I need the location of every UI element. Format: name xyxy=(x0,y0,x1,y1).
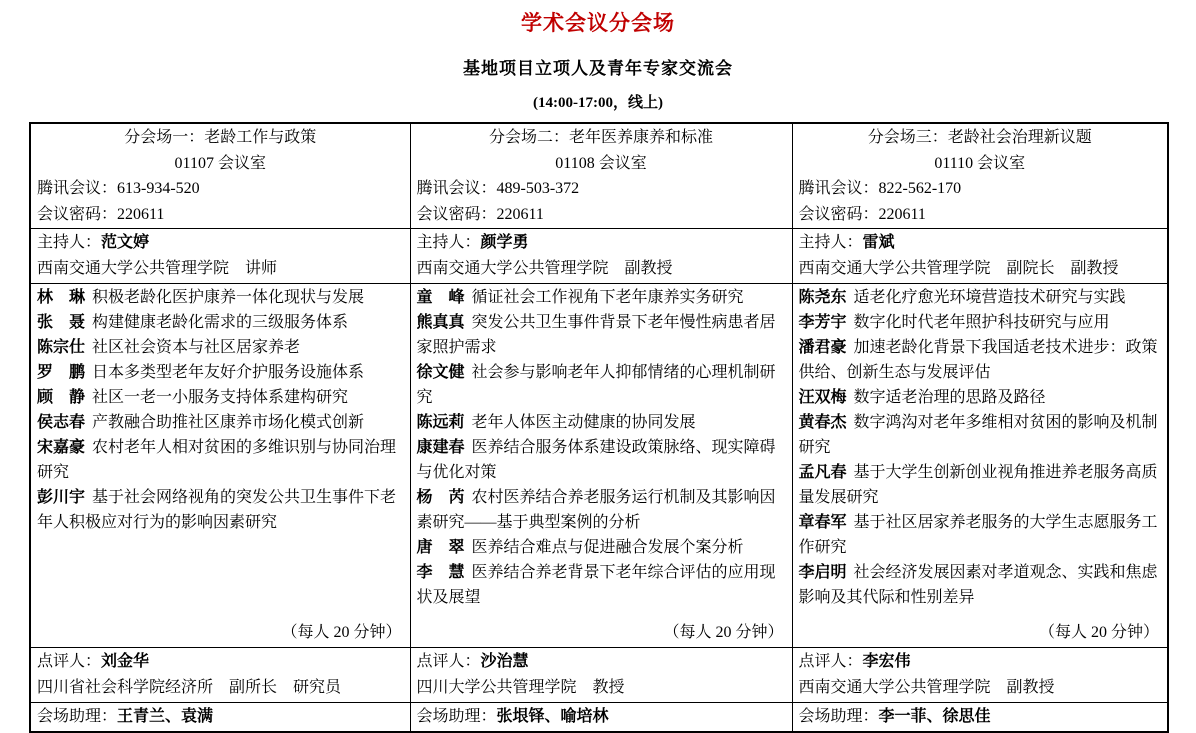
presentation-topic: 老年人体医主动健康的协同发展 xyxy=(472,414,696,431)
presentation-item: 李 慧医养结合养老背景下老年综合评估的应用现状及展望 xyxy=(417,560,786,610)
presentation-topic: 农村医养结合养老服务运行机制及其影响因素研究——基于典型案例的分析 xyxy=(417,489,776,531)
presentation-item: 汪双梅数字适老治理的思路及路径 xyxy=(799,385,1162,410)
session-room: 01110 会议室 xyxy=(799,151,1162,177)
meeting-password: 220611 xyxy=(117,206,164,223)
meeting-password-label: 会议密码： xyxy=(37,206,117,223)
reviewer-affiliation: 西南交通大学公共管理学院 副教授 xyxy=(799,675,1162,701)
presentation-item: 顾 静社区一老一小服务支持体系建构研究 xyxy=(37,385,404,410)
presentation-item: 康建春医养结合服务体系建设政策脉络、现实障碍与优化对策 xyxy=(417,435,786,485)
meeting-password: 220611 xyxy=(497,206,544,223)
presentation-item: 杨 芮农村医养结合养老服务运行机制及其影响因素研究——基于典型案例的分析 xyxy=(417,485,786,535)
session-title: 分会场三：老龄社会治理新议题 xyxy=(799,125,1162,151)
schedule-time: (14:00-17:00，线上) xyxy=(0,91,1196,112)
duration-note: （每人 20 分钟） xyxy=(663,620,783,645)
presentation-list: 陈尧东适老化疗愈光环境营造技术研究与实践 李芳宇数字化时代老年照护科技研究与应用… xyxy=(799,285,1162,610)
session3-assistant-cell: 会场助理：李一菲、徐思佳 xyxy=(792,703,1168,733)
presentation-topic: 医养结合养老背景下老年综合评估的应用现状及展望 xyxy=(417,564,776,606)
speaker-name: 章春军 xyxy=(799,514,847,531)
presentation-item: 唐 翠医养结合难点与促进融合发展个案分析 xyxy=(417,535,786,560)
session-title: 分会场二：老年医养康养和标准 xyxy=(417,125,786,151)
row-session-header: 分会场一：老龄工作与政策 01107 会议室 腾讯会议：613-934-520 … xyxy=(30,123,1168,229)
session1-header-cell: 分会场一：老龄工作与政策 01107 会议室 腾讯会议：613-934-520 … xyxy=(30,123,410,229)
speaker-name: 侯志春 xyxy=(37,414,85,431)
speaker-name: 童 峰 xyxy=(417,289,465,306)
tencent-meeting-label: 腾讯会议： xyxy=(37,180,117,197)
session2-host-cell: 主持人：颜学勇 西南交通大学公共管理学院 副教授 xyxy=(410,229,792,284)
presentation-topic: 适老化疗愈光环境营造技术研究与实践 xyxy=(854,289,1126,306)
presentation-topic: 产教融合助推社区康养市场化模式创新 xyxy=(92,414,364,431)
presentation-topic: 日本多类型老年友好介护服务设施体系 xyxy=(92,364,364,381)
host-name: 颜学勇 xyxy=(481,234,529,251)
speaker-name: 熊真真 xyxy=(417,314,465,331)
presentation-topic: 数字鸿沟对老年多维相对贫困的影响及机制研究 xyxy=(799,414,1158,456)
speaker-name: 罗 鹏 xyxy=(37,364,85,381)
presentation-item: 陈宗仕社区社会资本与社区居家养老 xyxy=(37,335,404,360)
presentation-topic: 医养结合服务体系建设政策脉络、现实障碍与优化对策 xyxy=(417,439,776,481)
speaker-name: 李芳宇 xyxy=(799,314,847,331)
presentation-item: 徐文健社会参与影响老年人抑郁情绪的心理机制研究 xyxy=(417,360,786,410)
speaker-name: 李启明 xyxy=(799,564,847,581)
reviewer-name: 沙治慧 xyxy=(481,653,529,670)
speaker-name: 彭川宇 xyxy=(37,489,85,506)
session2-header-cell: 分会场二：老年医养康养和标准 01108 会议室 腾讯会议：489-503-37… xyxy=(410,123,792,229)
assistant-label: 会场助理： xyxy=(37,708,117,725)
duration-note: （每人 20 分钟） xyxy=(281,620,401,645)
presentation-item: 章春军基于社区居家养老服务的大学生志愿服务工作研究 xyxy=(799,510,1162,560)
speaker-name: 汪双梅 xyxy=(799,389,847,406)
speaker-name: 唐 翠 xyxy=(417,539,465,556)
host-label: 主持人： xyxy=(417,234,481,251)
speaker-name: 陈宗仕 xyxy=(37,339,85,356)
assistant-label: 会场助理： xyxy=(799,708,879,725)
presentation-list: 童 峰循证社会工作视角下老年康养实务研究 熊真真突发公共卫生事件背景下老年慢性病… xyxy=(417,285,786,610)
speaker-name: 杨 芮 xyxy=(417,489,465,506)
speaker-name: 黄春杰 xyxy=(799,414,847,431)
schedule-table: 分会场一：老龄工作与政策 01107 会议室 腾讯会议：613-934-520 … xyxy=(29,122,1169,733)
presentation-topic: 突发公共卫生事件背景下老年慢性病患者居家照护需求 xyxy=(417,314,776,356)
duration-note: （每人 20 分钟） xyxy=(1039,620,1159,645)
presentation-topic: 医养结合难点与促进融合发展个案分析 xyxy=(472,539,744,556)
session3-host-cell: 主持人：雷斌 西南交通大学公共管理学院 副院长 副教授 xyxy=(792,229,1168,284)
speaker-name: 徐文健 xyxy=(417,364,465,381)
tencent-meeting-id: 613-934-520 xyxy=(117,180,200,197)
presentation-topic: 农村老年人相对贫困的多维识别与协同治理研究 xyxy=(37,439,396,481)
presentation-item: 陈尧东适老化疗愈光环境营造技术研究与实践 xyxy=(799,285,1162,310)
tencent-meeting-line: 腾讯会议：822-562-170 xyxy=(799,176,1162,202)
presentation-item: 陈远莉老年人体医主动健康的协同发展 xyxy=(417,410,786,435)
reviewer-label: 点评人： xyxy=(799,653,863,670)
meeting-password: 220611 xyxy=(879,206,926,223)
reviewer-name: 刘金华 xyxy=(101,653,149,670)
presentation-topic: 积极老龄化医护康养一体化现状与发展 xyxy=(92,289,364,306)
page-title: 学术会议分会场 xyxy=(0,0,1196,37)
tencent-meeting-line: 腾讯会议：489-503-372 xyxy=(417,176,786,202)
presentation-item: 黄春杰数字鸿沟对老年多维相对贫困的影响及机制研究 xyxy=(799,410,1162,460)
row-host: 主持人：范文婷 西南交通大学公共管理学院 讲师 主持人：颜学勇 西南交通大学公共… xyxy=(30,229,1168,284)
presentation-topic: 社区社会资本与社区居家养老 xyxy=(92,339,300,356)
speaker-name: 潘君豪 xyxy=(799,339,847,356)
presentation-topic: 社会经济发展因素对孝道观念、实践和焦虑影响及其代际和性别差异 xyxy=(799,564,1158,606)
host-label: 主持人： xyxy=(37,234,101,251)
speaker-name: 陈远莉 xyxy=(417,414,465,431)
presentation-topic: 基于社区居家养老服务的大学生志愿服务工作研究 xyxy=(799,514,1158,556)
presentation-item: 林 琳积极老龄化医护康养一体化现状与发展 xyxy=(37,285,404,310)
presentation-list: 林 琳积极老龄化医护康养一体化现状与发展 张 聂构建健康老龄化需求的三级服务体系… xyxy=(37,285,404,535)
reviewer-line: 点评人：李宏伟 xyxy=(799,649,1162,675)
presentation-topic: 社区一老一小服务支持体系建构研究 xyxy=(92,389,348,406)
page-subtitle: 基地项目立项人及青年专家交流会 xyxy=(0,54,1196,79)
session3-reviewer-cell: 点评人：李宏伟 西南交通大学公共管理学院 副教授 xyxy=(792,648,1168,703)
session2-presentations-cell: 童 峰循证社会工作视角下老年康养实务研究 熊真真突发公共卫生事件背景下老年慢性病… xyxy=(410,284,792,648)
tencent-meeting-label: 腾讯会议： xyxy=(799,180,879,197)
host-label: 主持人： xyxy=(799,234,863,251)
session1-host-cell: 主持人：范文婷 西南交通大学公共管理学院 讲师 xyxy=(30,229,410,284)
row-assistant: 会场助理：王青兰、袁满 会场助理：张垠铎、喻培林 会场助理：李一菲、徐思佳 xyxy=(30,703,1168,733)
reviewer-affiliation: 四川省社会科学院经济所 副所长 研究员 xyxy=(37,675,404,701)
host-affiliation: 西南交通大学公共管理学院 副教授 xyxy=(417,256,786,282)
reviewer-affiliation: 四川大学公共管理学院 教授 xyxy=(417,675,786,701)
presentation-item: 潘君豪加速老龄化背景下我国适老技术进步：政策供给、创新生态与发展评估 xyxy=(799,335,1162,385)
meeting-password-line: 会议密码：220611 xyxy=(37,202,404,228)
session3-header-cell: 分会场三：老龄社会治理新议题 01110 会议室 腾讯会议：822-562-17… xyxy=(792,123,1168,229)
host-affiliation: 西南交通大学公共管理学院 讲师 xyxy=(37,256,404,282)
speaker-name: 张 聂 xyxy=(37,314,85,331)
host-affiliation: 西南交通大学公共管理学院 副院长 副教授 xyxy=(799,256,1162,282)
reviewer-label: 点评人： xyxy=(37,653,101,670)
session1-assistant-cell: 会场助理：王青兰、袁满 xyxy=(30,703,410,733)
session2-reviewer-cell: 点评人：沙治慧 四川大学公共管理学院 教授 xyxy=(410,648,792,703)
assistant-label: 会场助理： xyxy=(417,708,497,725)
session1-reviewer-cell: 点评人：刘金华 四川省社会科学院经济所 副所长 研究员 xyxy=(30,648,410,703)
row-presentations: 林 琳积极老龄化医护康养一体化现状与发展 张 聂构建健康老龄化需求的三级服务体系… xyxy=(30,284,1168,648)
speaker-name: 李 慧 xyxy=(417,564,465,581)
host-name: 范文婷 xyxy=(101,234,149,251)
session-room: 01107 会议室 xyxy=(37,151,404,177)
presentation-topic: 基于社会网络视角的突发公共卫生事件下老年人积极应对行为的影响因素研究 xyxy=(37,489,396,531)
speaker-name: 宋嘉豪 xyxy=(37,439,85,456)
presentation-topic: 基于大学生创新创业视角推进养老服务高质量发展研究 xyxy=(799,464,1158,506)
meeting-password-line: 会议密码：220611 xyxy=(417,202,786,228)
reviewer-line: 点评人：沙治慧 xyxy=(417,649,786,675)
presentation-item: 童 峰循证社会工作视角下老年康养实务研究 xyxy=(417,285,786,310)
presentation-item: 宋嘉豪农村老年人相对贫困的多维识别与协同治理研究 xyxy=(37,435,404,485)
presentation-item: 李启明社会经济发展因素对孝道观念、实践和焦虑影响及其代际和性别差异 xyxy=(799,560,1162,610)
host-line: 主持人：范文婷 xyxy=(37,230,404,256)
reviewer-name: 李宏伟 xyxy=(863,653,911,670)
presentation-topic: 加速老龄化背景下我国适老技术进步：政策供给、创新生态与发展评估 xyxy=(799,339,1158,381)
row-reviewer: 点评人：刘金华 四川省社会科学院经济所 副所长 研究员 点评人：沙治慧 四川大学… xyxy=(30,648,1168,703)
session-room: 01108 会议室 xyxy=(417,151,786,177)
speaker-name: 陈尧东 xyxy=(799,289,847,306)
tencent-meeting-id: 489-503-372 xyxy=(497,180,580,197)
host-name: 雷斌 xyxy=(863,234,895,251)
reviewer-label: 点评人： xyxy=(417,653,481,670)
reviewer-line: 点评人：刘金华 xyxy=(37,649,404,675)
tencent-meeting-line: 腾讯会议：613-934-520 xyxy=(37,176,404,202)
session3-presentations-cell: 陈尧东适老化疗愈光环境营造技术研究与实践 李芳宇数字化时代老年照护科技研究与应用… xyxy=(792,284,1168,648)
session-title: 分会场一：老龄工作与政策 xyxy=(37,125,404,151)
speaker-name: 林 琳 xyxy=(37,289,85,306)
presentation-item: 侯志春产教融合助推社区康养市场化模式创新 xyxy=(37,410,404,435)
presentation-topic: 循证社会工作视角下老年康养实务研究 xyxy=(472,289,744,306)
presentation-item: 熊真真突发公共卫生事件背景下老年慢性病患者居家照护需求 xyxy=(417,310,786,360)
presentation-topic: 构建健康老龄化需求的三级服务体系 xyxy=(92,314,348,331)
assistant-names: 张垠铎、喻培林 xyxy=(497,708,609,725)
meeting-password-label: 会议密码： xyxy=(417,206,497,223)
presentation-item: 张 聂构建健康老龄化需求的三级服务体系 xyxy=(37,310,404,335)
assistant-names: 王青兰、袁满 xyxy=(117,708,213,725)
speaker-name: 孟凡春 xyxy=(799,464,847,481)
session2-assistant-cell: 会场助理：张垠铎、喻培林 xyxy=(410,703,792,733)
speaker-name: 康建春 xyxy=(417,439,465,456)
presentation-item: 罗 鹏日本多类型老年友好介护服务设施体系 xyxy=(37,360,404,385)
session1-presentations-cell: 林 琳积极老龄化医护康养一体化现状与发展 张 聂构建健康老龄化需求的三级服务体系… xyxy=(30,284,410,648)
presentation-item: 彭川宇基于社会网络视角的突发公共卫生事件下老年人积极应对行为的影响因素研究 xyxy=(37,485,404,535)
presentation-item: 李芳宇数字化时代老年照护科技研究与应用 xyxy=(799,310,1162,335)
tencent-meeting-label: 腾讯会议： xyxy=(417,180,497,197)
host-line: 主持人：颜学勇 xyxy=(417,230,786,256)
meeting-password-line: 会议密码：220611 xyxy=(799,202,1162,228)
presentation-topic: 社会参与影响老年人抑郁情绪的心理机制研究 xyxy=(417,364,776,406)
presentation-topic: 数字适老治理的思路及路径 xyxy=(854,389,1046,406)
meeting-password-label: 会议密码： xyxy=(799,206,879,223)
speaker-name: 顾 静 xyxy=(37,389,85,406)
tencent-meeting-id: 822-562-170 xyxy=(879,180,962,197)
host-line: 主持人：雷斌 xyxy=(799,230,1162,256)
presentation-topic: 数字化时代老年照护科技研究与应用 xyxy=(854,314,1110,331)
presentation-item: 孟凡春基于大学生创新创业视角推进养老服务高质量发展研究 xyxy=(799,460,1162,510)
assistant-names: 李一菲、徐思佳 xyxy=(879,708,991,725)
